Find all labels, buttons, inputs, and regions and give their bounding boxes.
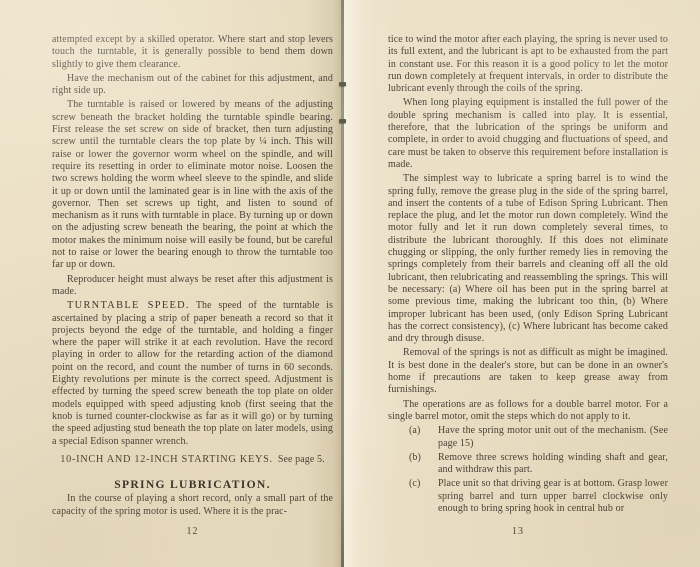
step-item-a: (a)Have the spring motor unit out of the… — [388, 425, 668, 450]
step-item-c: (c)Place unit so that driving gear is at… — [388, 478, 668, 515]
paragraph-operations: The operations are as follows for a doub… — [388, 399, 668, 424]
page-number-right: 13 — [388, 526, 648, 537]
spring-lubrication-heading: SPRING LUBRICATION. — [52, 479, 333, 491]
step-marker-c: (c) — [409, 478, 420, 490]
paragraph-long-playing: When long playing equipment is installed… — [388, 97, 668, 171]
turntable-speed-run-in-heading: TURNTABLE SPEED. — [67, 300, 190, 311]
turntable-speed-text: The speed of the turntable is ascertaine… — [52, 300, 333, 446]
right-page-text: tice to wind the motor after each playin… — [388, 34, 668, 515]
binding-staple-bottom — [339, 119, 346, 123]
step-list: (a)Have the spring motor unit out of the… — [388, 425, 668, 515]
starting-keys-line: 10-INCH AND 12-INCH STARTING KEYS.See pa… — [52, 454, 333, 466]
paragraph-removal: Removal of the springs is not as difficu… — [388, 347, 668, 396]
paragraph-simplest-way: The simplest way to lubricate a spring b… — [388, 173, 668, 345]
paragraph-reproducer: Reproducer height must always be reset a… — [52, 274, 333, 299]
paragraph-turntable-speed: TURNTABLE SPEED.The speed of the turntab… — [52, 300, 333, 448]
page-number-left: 12 — [52, 526, 333, 537]
binding-staple-top — [339, 82, 346, 86]
step-item-b: (b)Remove three screws holding winding s… — [388, 452, 668, 477]
step-marker-a: (a) — [409, 425, 420, 437]
paragraph-wind: tice to wind the motor after each playin… — [388, 34, 668, 95]
step-text-a: Have the spring motor unit out of the me… — [438, 425, 668, 448]
left-page-text: attempted except by a skilled operator. … — [52, 34, 333, 518]
paragraph-turntable-raise: The turntable is raised or lowered by me… — [52, 99, 333, 271]
starting-keys-caps: 10-INCH AND 12-INCH STARTING KEYS. — [60, 454, 273, 465]
step-text-b: Remove three screws holding winding shaf… — [438, 452, 668, 475]
paragraph-continuation: attempted except by a skilled operator. … — [52, 34, 333, 71]
paragraph-cabinet: Have the mechanism out of the cabinet fo… — [52, 73, 333, 98]
book-scan: { "colors": { "paper": "#eadec4", "ink":… — [0, 0, 700, 567]
step-marker-b: (b) — [409, 452, 421, 464]
starting-keys-note: See page 5. — [278, 454, 325, 465]
step-text-c: Place unit so that driving gear is at bo… — [438, 478, 668, 514]
paragraph-spring-intro: In the course of playing a short record,… — [52, 493, 333, 518]
